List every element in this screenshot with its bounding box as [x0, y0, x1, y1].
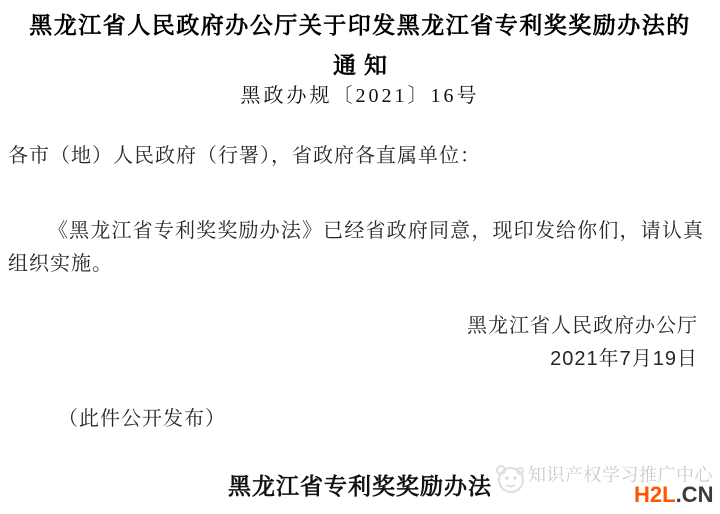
signature-org: 黑龙江省人民政府办公厅 — [467, 313, 698, 339]
watermark-brand-suffix: .CN — [676, 482, 714, 507]
publish-note: （此件公开发布） — [58, 406, 226, 432]
salutation-line: 各市（地）人民政府（行署），省政府各直属单位： — [8, 143, 706, 169]
document-title-line-2: 通知 — [0, 52, 720, 80]
watermark-brand: H2L.CN — [634, 482, 713, 508]
signature-date: 2021年7月19日 — [550, 346, 698, 372]
body-paragraph: 《黑龙江省专利奖奖励办法》已经省政府同意，现印发给你们，请认真组织实施。 — [8, 215, 704, 281]
document-page: 黑龙江省人民政府办公厅关于印发黑龙江省专利奖奖励办法的 通知 黑政办规〔2021… — [0, 0, 720, 514]
watermark-brand-name: H2L — [634, 482, 676, 507]
document-number: 黑政办规〔2021〕16号 — [0, 84, 720, 108]
document-title-line-1: 黑龙江省人民政府办公厅关于印发黑龙江省专利奖奖励办法的 — [6, 12, 714, 40]
panda-logo-icon — [493, 458, 527, 498]
